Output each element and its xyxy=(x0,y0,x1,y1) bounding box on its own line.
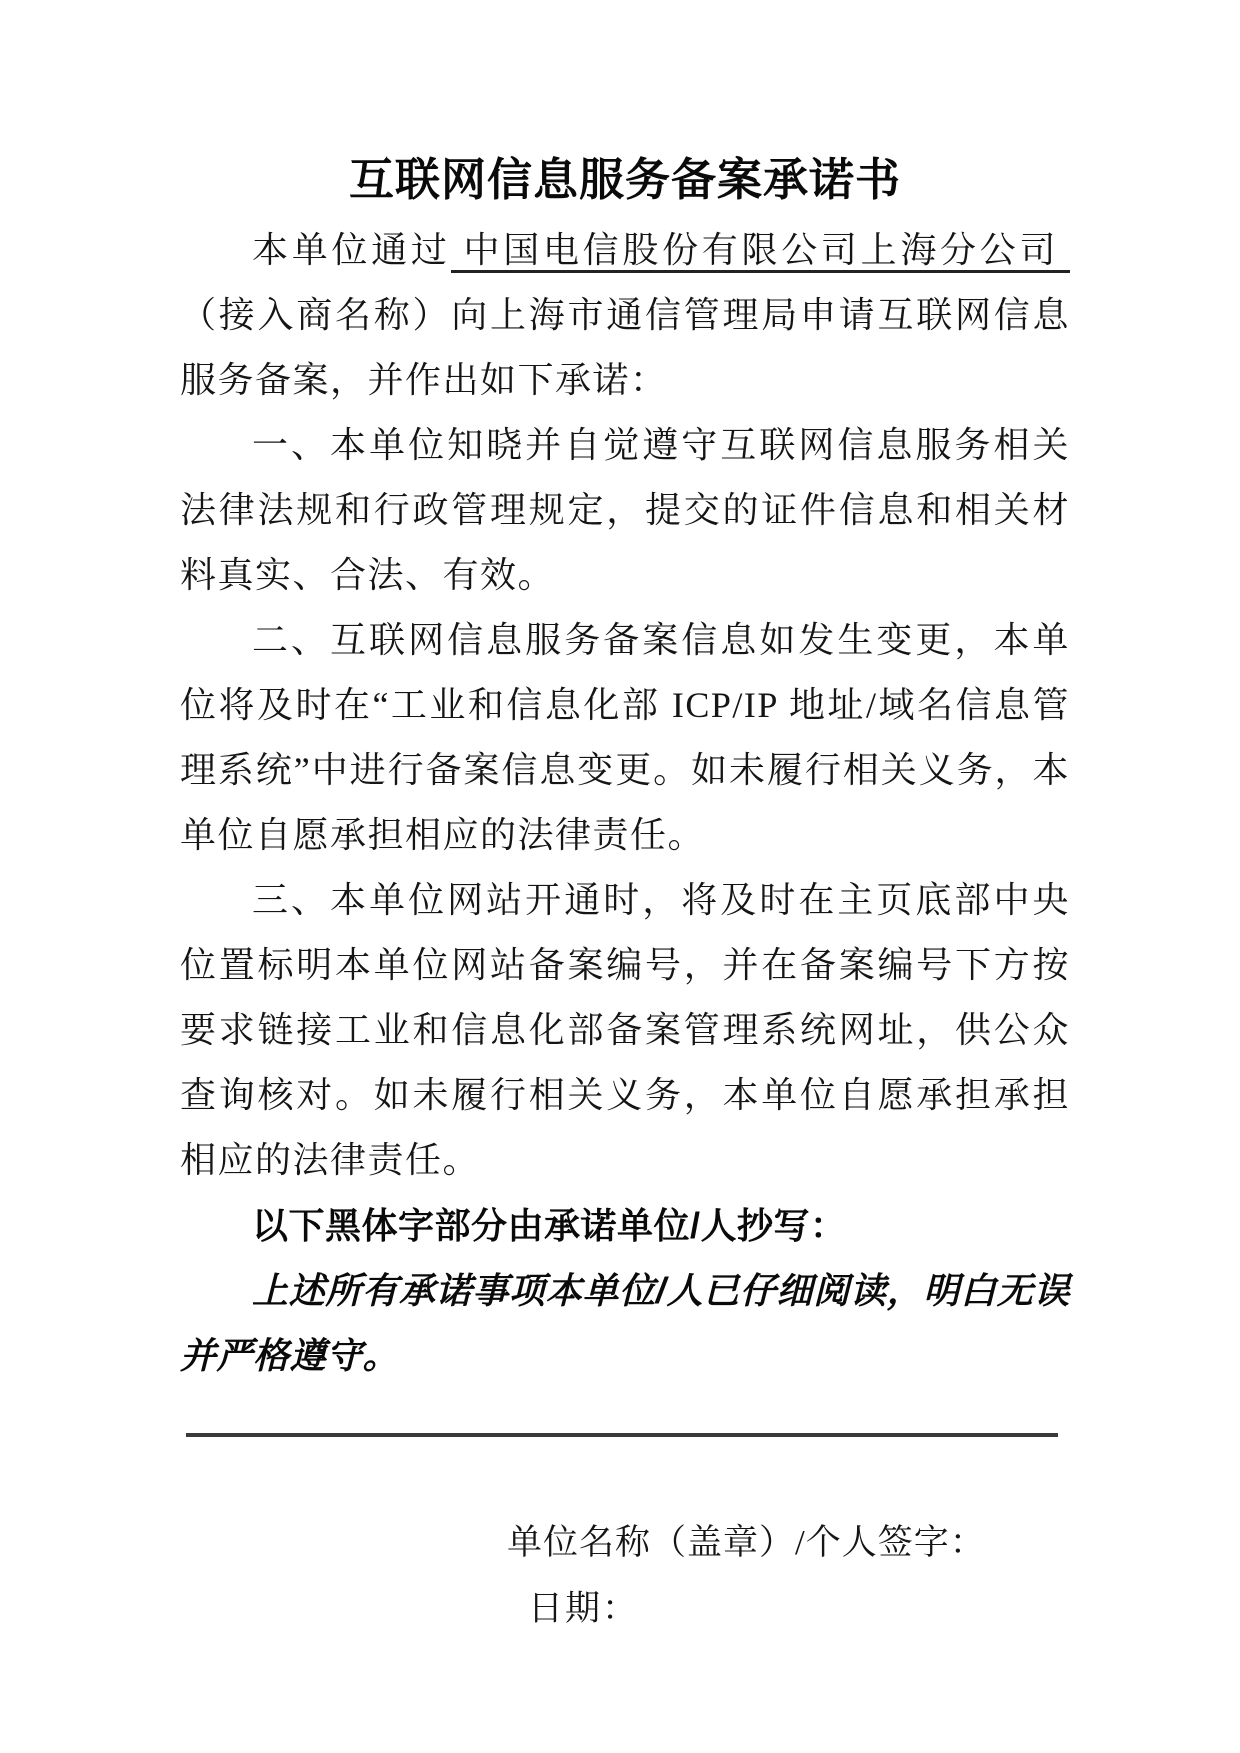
document-page: 互联网信息服务备案承诺书 本单位通过中国电信股份有限公司上海分公司（接入商名称）… xyxy=(0,0,1240,1753)
intro-prefix: 本单位通过 xyxy=(252,230,451,270)
signature-block: 单位名称（盖章）/个人签字： 日期： xyxy=(180,1521,1070,1631)
date-label: 日期： xyxy=(528,1587,1070,1631)
commitment-item-2: 二、互联网信息服务备案信息如发生变更，本单位将及时在“工业和信息化部 ICP/I… xyxy=(180,608,1070,868)
commitment-item-1: 一、本单位知晓并自觉遵守互联网信息服务相关法律法规和行政管理规定，提交的证件信息… xyxy=(180,413,1070,608)
signature-label: 单位名称（盖章）/个人签字： xyxy=(507,1521,1070,1565)
document-title: 互联网信息服务备案承诺书 xyxy=(180,150,1070,210)
intro-suffix: （接入商名称）向上海市通信管理局申请互联网信息服务备案，并作出如下承诺： xyxy=(180,295,1070,400)
handwritten-promise: 上述所有承诺事项本单位/人已仔细阅读，明白无误并严格遵守。 xyxy=(180,1258,1070,1388)
copy-instruction: 以下黑体字部分由承诺单位/人抄写： xyxy=(180,1193,1070,1258)
commitment-item-3: 三、本单位网站开通时，将及时在主页底部中央位置标明本单位网站备案编号，并在备案编… xyxy=(180,868,1070,1193)
signature-divider xyxy=(186,1433,1058,1437)
provider-name-blank: 中国电信股份有限公司上海分公司 xyxy=(451,230,1070,273)
intro-paragraph: 本单位通过中国电信股份有限公司上海分公司（接入商名称）向上海市通信管理局申请互联… xyxy=(180,218,1070,413)
